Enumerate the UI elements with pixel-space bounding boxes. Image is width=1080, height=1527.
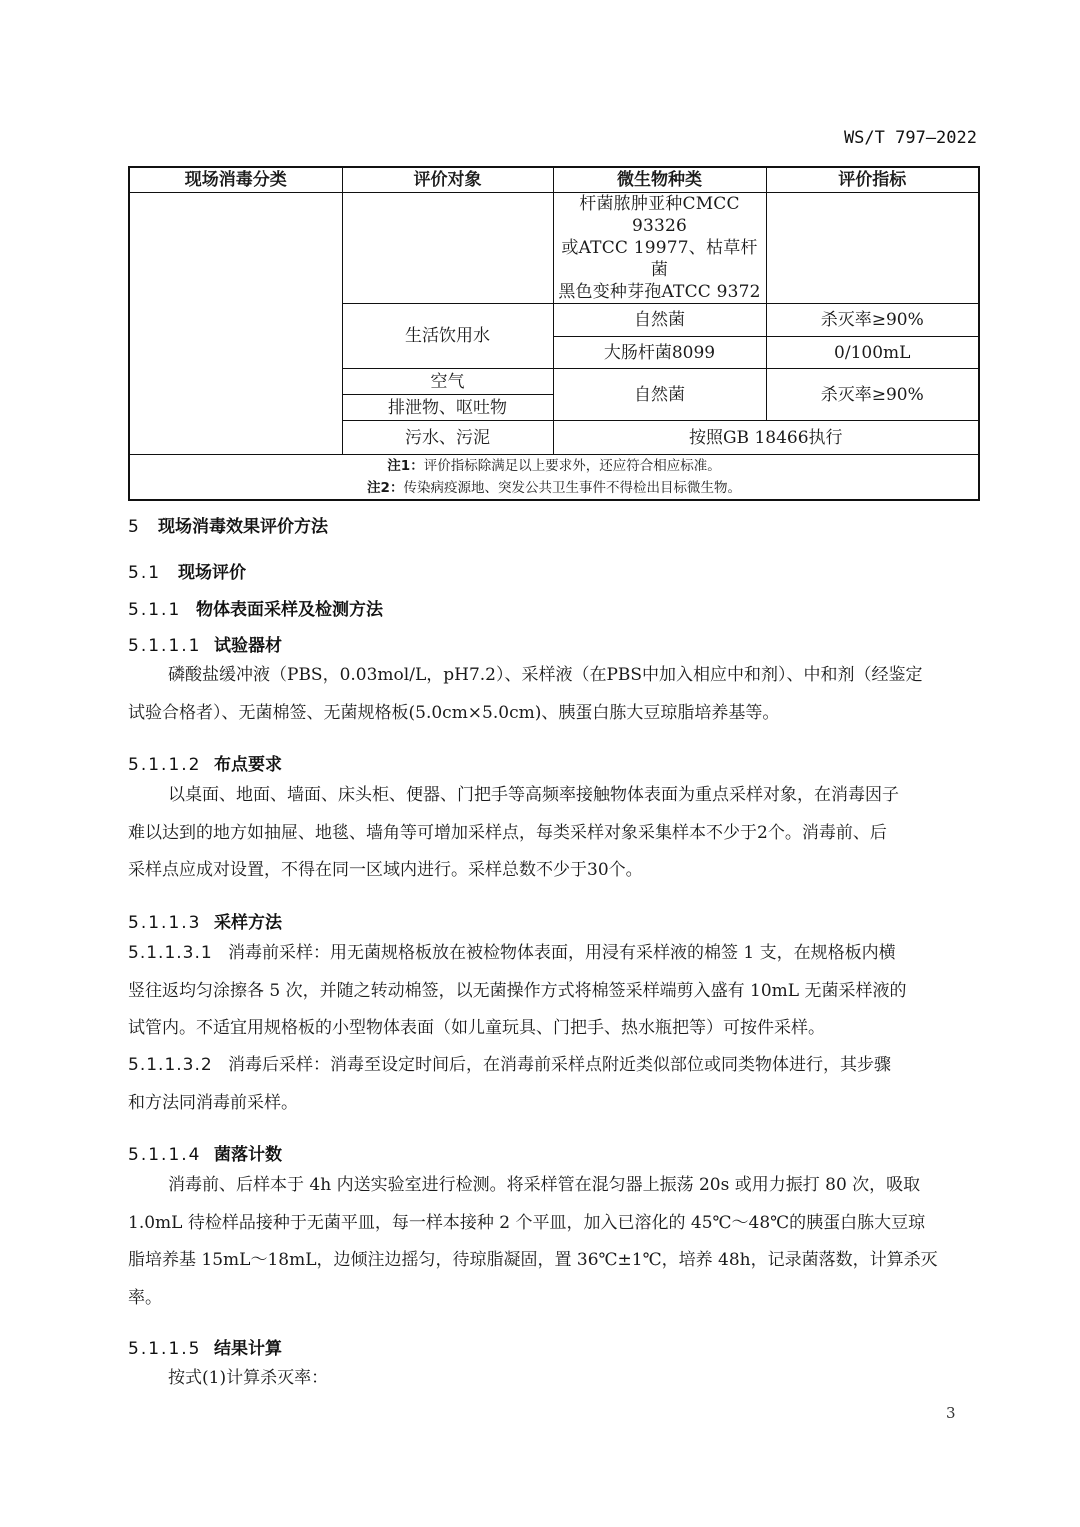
heading-5-1: 5.1现场评价 <box>128 558 246 583</box>
heading-5-1-1: 5.1.1物体表面采样及检测方法 <box>128 595 383 620</box>
heading-5-1-1-5: 5.1.1.5结果计算 <box>128 1334 282 1359</box>
paragraph-equipment: 磷酸盐缓冲液（PBS，0.03mol/L，pH7.2）、采样液（在PBS中加入相… <box>128 657 978 732</box>
heading-5-1-1-4: 5.1.1.4菌落计数 <box>128 1140 282 1165</box>
indicator-cell: 杀灭率≥90% <box>766 369 979 421</box>
column-header: 微生物种类 <box>553 167 766 193</box>
species-indicator-cell: 按照GB 18466执行 <box>553 421 979 455</box>
note-1: 注1：评价指标除满足以上要求外，还应符合相应标准。 <box>130 455 978 477</box>
note-2: 注2：传染病疫源地、突发公共卫生事件不得检出目标微生物。 <box>130 477 978 499</box>
indicator-cell: 0/100mL <box>766 337 979 369</box>
species-line: 杆菌脓肿亚种CMCC 93326 <box>554 193 766 237</box>
heading-5-1-1-1: 5.1.1.1试验器材 <box>128 631 282 656</box>
indicator-cell: 杀灭率≥90% <box>766 304 979 337</box>
paragraph-result-calc: 按式(1)计算杀灭率： <box>128 1360 978 1398</box>
heading-5-1-1-2: 5.1.1.2布点要求 <box>128 750 282 775</box>
species-cell: 自然菌 <box>553 369 766 421</box>
column-header: 现场消毒分类 <box>129 167 342 193</box>
object-cell: 生活饮用水 <box>342 304 553 369</box>
species-cell: 大肠杆菌8099 <box>553 337 766 369</box>
category-cell <box>129 193 342 455</box>
heading-5: 5现场消毒效果评价方法 <box>128 512 328 537</box>
notes-cell: 注1：评价指标除满足以上要求外，还应符合相应标准。 注2：传染病疫源地、突发公共… <box>129 455 979 501</box>
paragraph-sampling-points: 以桌面、地面、墙面、床头柜、便器、门把手等高频率接触物体表面为重点采样对象，在消… <box>128 777 978 890</box>
indicator-cell <box>766 193 979 304</box>
evaluation-table: 现场消毒分类 评价对象 微生物种类 评价指标 杆菌脓肿亚种CMCC 93326 … <box>128 166 980 501</box>
heading-5-1-1-3: 5.1.1.3采样方法 <box>128 908 282 933</box>
paragraph-colony-count: 消毒前、后样本于 4h 内送实验室进行检测。将采样管在混匀器上振荡 20s 或用… <box>128 1167 978 1317</box>
column-header: 评价对象 <box>342 167 553 193</box>
paragraph-pre-sampling: 5.1.1.3.1消毒前采样：用无菌规格板放在被检物体表面，用浸有采样液的棉签 … <box>128 935 978 1048</box>
object-cell <box>342 193 553 304</box>
column-header: 评价指标 <box>766 167 979 193</box>
object-cell: 空气 <box>342 369 553 395</box>
object-cell: 排泄物、呕吐物 <box>342 395 553 421</box>
page-number: 3 <box>946 1404 956 1422</box>
table-header-row: 现场消毒分类 评价对象 微生物种类 评价指标 <box>129 167 979 193</box>
species-line: 黑色变种芽孢ATCC 9372 <box>554 281 766 303</box>
species-cell: 杆菌脓肿亚种CMCC 93326 或ATCC 19977、枯草杆菌 黑色变种芽孢… <box>553 193 766 304</box>
species-cell: 自然菌 <box>553 304 766 337</box>
paragraph-post-sampling: 5.1.1.3.2消毒后采样：消毒至设定时间后，在消毒前采样点附近类似部位或同类… <box>128 1047 978 1122</box>
standard-code: WS/T 797—2022 <box>844 128 977 148</box>
species-line: 或ATCC 19977、枯草杆菌 <box>554 237 766 281</box>
table-row: 杆菌脓肿亚种CMCC 93326 或ATCC 19977、枯草杆菌 黑色变种芽孢… <box>129 193 979 304</box>
table-notes-row: 注1：评价指标除满足以上要求外，还应符合相应标准。 注2：传染病疫源地、突发公共… <box>129 455 979 501</box>
object-cell: 污水、污泥 <box>342 421 553 455</box>
